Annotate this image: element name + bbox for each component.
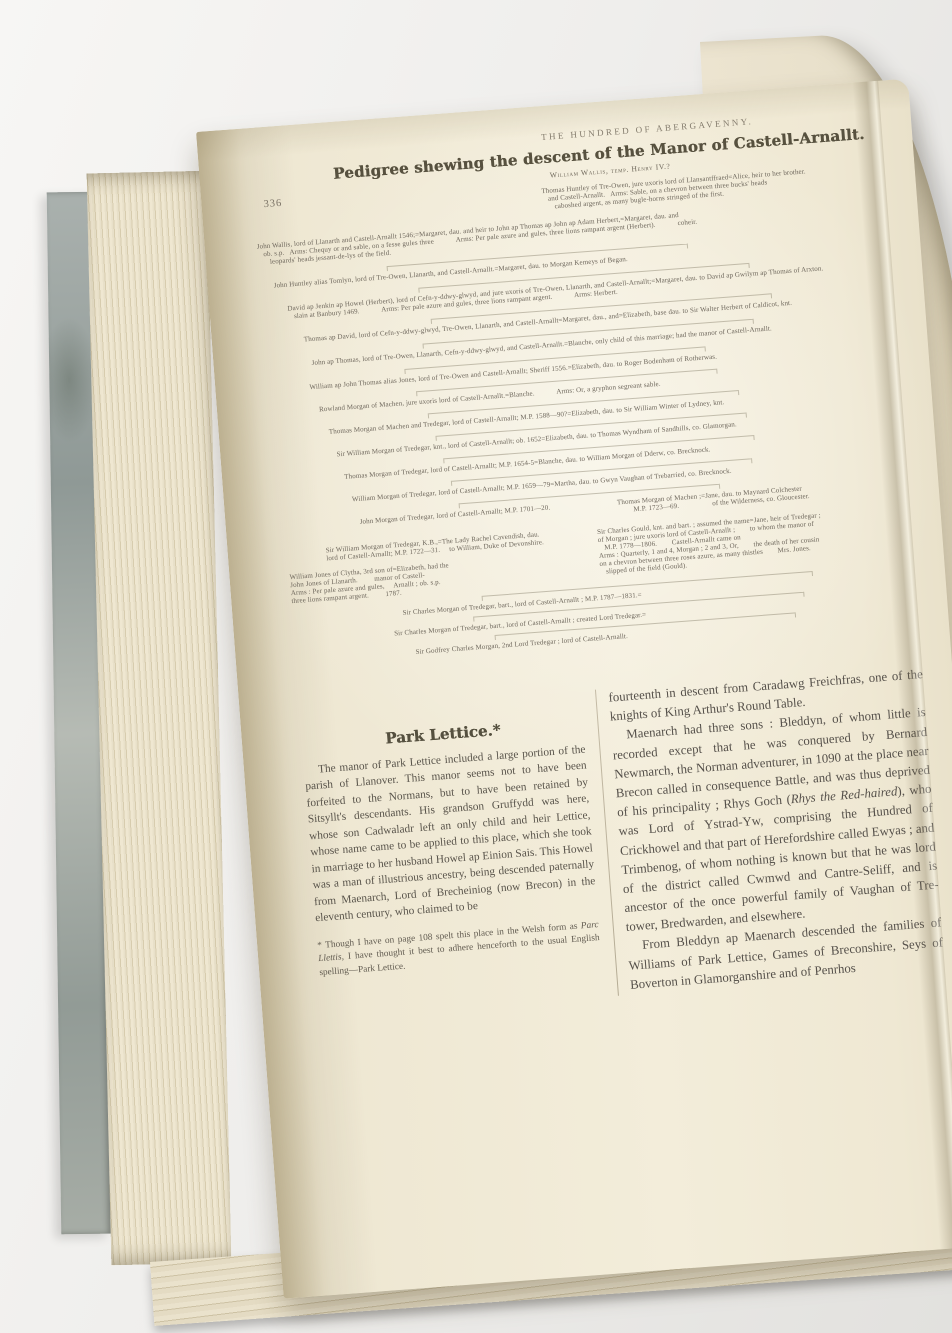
article-columns: Park Lettice.* The manor of Park Lettice… <box>300 665 945 1018</box>
right-column: fourteenth in descent from Caradawg Frei… <box>608 665 945 995</box>
pedigree-chart: Thomas Huntley of Tre-Owen, jure uxoris … <box>242 162 923 679</box>
printed-content: THE HUNDRED OF ABERGAVENNY. 336 Pedigree… <box>238 106 949 1019</box>
left-column: Park Lettice.* The manor of Park Lettice… <box>300 691 604 1018</box>
page-block-edges <box>87 171 232 1265</box>
paragraph-italic: Rhys the Red-haired <box>790 784 898 806</box>
book-photo: THE HUNDRED OF ABERGAVENNY. 336 Pedigree… <box>0 0 952 1333</box>
left-paragraph: The manor of Park Lettice included a lar… <box>304 742 598 928</box>
right-paragraph: Maenarch had three sons : Bleddyn, of wh… <box>611 703 941 937</box>
pedigree-line: John Morgan of Tredegar, lord of Castell… <box>359 505 550 526</box>
paragraph-text: Maenarch had three sons : Bleddyn, of wh… <box>612 705 930 819</box>
footnote: * Though I have on page 108 spelt this p… <box>317 919 601 980</box>
book-page: THE HUNDRED OF ABERGAVENNY. 336 Pedigree… <box>196 78 952 1298</box>
